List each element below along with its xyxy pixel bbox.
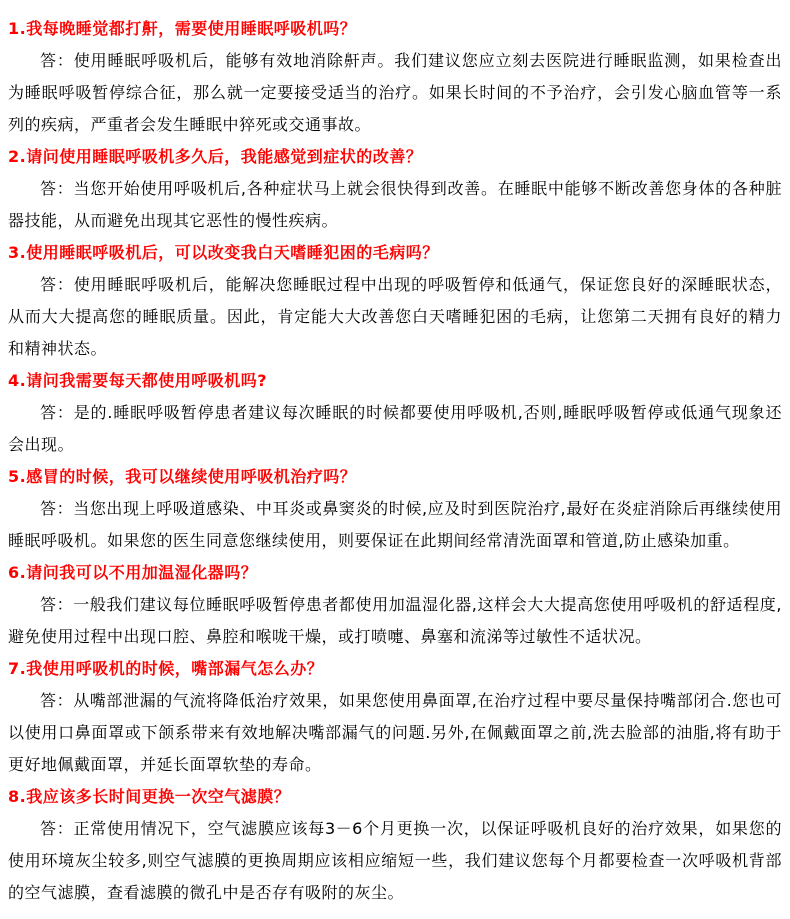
faq-item-6: 6.请问我可以不用加温湿化器吗？ 答：一般我们建议每位睡眠呼吸暂停患者都使用加温… (8, 557, 782, 653)
faq-item-3: 3.使用睡眠呼吸机后，可以改变我白天嗜睡犯困的毛病吗？ 答：使用睡眠呼吸机后，能… (8, 237, 782, 365)
faq-item-7: 7.我使用呼吸机的时候，嘴部漏气怎么办？ 答：从嘴部泄漏的气流将降低治疗效果，如… (8, 653, 782, 781)
faq-item-1: 1.我每晚睡觉都打鼾，需要使用睡眠呼吸机吗？ 答：使用睡眠呼吸机后，能够有效地消… (8, 13, 782, 141)
faq-question-8: 8.我应该多长时间更换一次空气滤膜？ (8, 781, 782, 813)
faq-item-8: 8.我应该多长时间更换一次空气滤膜？ 答：正常使用情况下，空气滤膜应该每3－6个… (8, 781, 782, 909)
faq-answer-1: 答：使用睡眠呼吸机后，能够有效地消除鼾声。我们建议您应立刻去医院进行睡眠监测，如… (8, 45, 782, 141)
faq-answer-8: 答：正常使用情况下，空气滤膜应该每3－6个月更换一次，以保证呼吸机良好的治疗效果… (8, 813, 782, 909)
faq-answer-5: 答：当您出现上呼吸道感染、中耳炎或鼻窦炎的时候,应及时到医院治疗,最好在炎症消除… (8, 493, 782, 557)
faq-item-2: 2.请问使用睡眠呼吸机多久后，我能感觉到症状的改善？ 答：当您开始使用呼吸机后,… (8, 141, 782, 237)
faq-answer-2: 答：当您开始使用呼吸机后,各种症状马上就会很快得到改善。在睡眠中能够不断改善您身… (8, 173, 782, 237)
faq-answer-3: 答：使用睡眠呼吸机后，能解决您睡眠过程中出现的呼吸暂停和低通气，保证您良好的深睡… (8, 269, 782, 365)
faq-item-5: 5.感冒的时候，我可以继续使用呼吸机治疗吗？ 答：当您出现上呼吸道感染、中耳炎或… (8, 461, 782, 557)
faq-answer-4: 答：是的.睡眠呼吸暂停患者建议每次睡眠的时候都要使用呼吸机,否则,睡眠呼吸暂停或… (8, 397, 782, 461)
faq-question-6: 6.请问我可以不用加温湿化器吗？ (8, 557, 782, 589)
faq-question-4: 4.请问我需要每天都使用呼吸机吗? (8, 365, 782, 397)
faq-question-2: 2.请问使用睡眠呼吸机多久后，我能感觉到症状的改善？ (8, 141, 782, 173)
faq-item-4: 4.请问我需要每天都使用呼吸机吗? 答：是的.睡眠呼吸暂停患者建议每次睡眠的时候… (8, 365, 782, 461)
faq-question-3: 3.使用睡眠呼吸机后，可以改变我白天嗜睡犯困的毛病吗？ (8, 237, 782, 269)
faq-question-5: 5.感冒的时候，我可以继续使用呼吸机治疗吗？ (8, 461, 782, 493)
faq-question-7: 7.我使用呼吸机的时候，嘴部漏气怎么办？ (8, 653, 782, 685)
faq-answer-7: 答：从嘴部泄漏的气流将降低治疗效果，如果您使用鼻面罩,在治疗过程中要尽量保持嘴部… (8, 685, 782, 781)
faq-question-1: 1.我每晚睡觉都打鼾，需要使用睡眠呼吸机吗？ (8, 13, 782, 45)
faq-document: 1.我每晚睡觉都打鼾，需要使用睡眠呼吸机吗？ 答：使用睡眠呼吸机后，能够有效地消… (0, 0, 790, 919)
faq-answer-6: 答：一般我们建议每位睡眠呼吸暂停患者都使用加温湿化器,这样会大大提高您使用呼吸机… (8, 589, 782, 653)
